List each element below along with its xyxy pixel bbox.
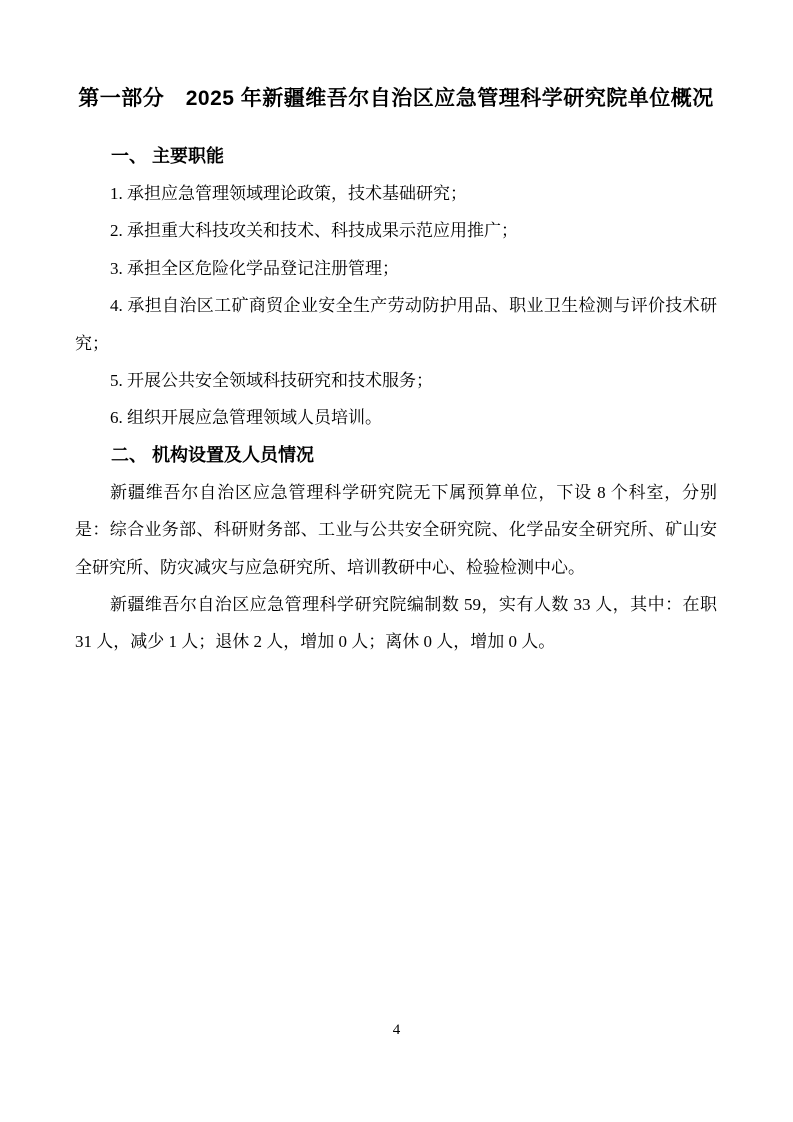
list-item: 2. 承担重大科技攻关和技术、科技成果示范应用推广； bbox=[75, 212, 717, 249]
list-item: 6. 组织开展应急管理领域人员培训。 bbox=[75, 399, 717, 436]
paragraph-organization: 新疆维吾尔自治区应急管理科学研究院无下属预算单位，下设 8 个科室，分别是：综合… bbox=[75, 474, 717, 586]
section-heading-organization-staff: 二、 机构设置及人员情况 bbox=[75, 437, 717, 474]
list-item: 5. 开展公共安全领域科技研究和技术服务； bbox=[75, 362, 717, 399]
section-heading-main-functions: 一、 主要职能 bbox=[75, 138, 717, 175]
list-item: 1. 承担应急管理领域理论政策，技术基础研究； bbox=[75, 175, 717, 212]
document-content: 第一部分 2025 年新疆维吾尔自治区应急管理科学研究院单位概况 一、 主要职能… bbox=[0, 0, 793, 661]
page-title: 第一部分 2025 年新疆维吾尔自治区应急管理科学研究院单位概况 bbox=[75, 84, 717, 114]
document-page: 第一部分 2025 年新疆维吾尔自治区应急管理科学研究院单位概况 一、 主要职能… bbox=[0, 0, 793, 1122]
page-number: 4 bbox=[0, 1022, 793, 1039]
list-item: 4. 承担自治区工矿商贸企业安全生产劳动防护用品、职业卫生检测与评价技术研究； bbox=[75, 287, 717, 362]
list-item: 3. 承担全区危险化学品登记注册管理； bbox=[75, 250, 717, 287]
paragraph-staffing: 新疆维吾尔自治区应急管理科学研究院编制数 59，实有人数 33 人，其中：在职 … bbox=[75, 586, 717, 661]
